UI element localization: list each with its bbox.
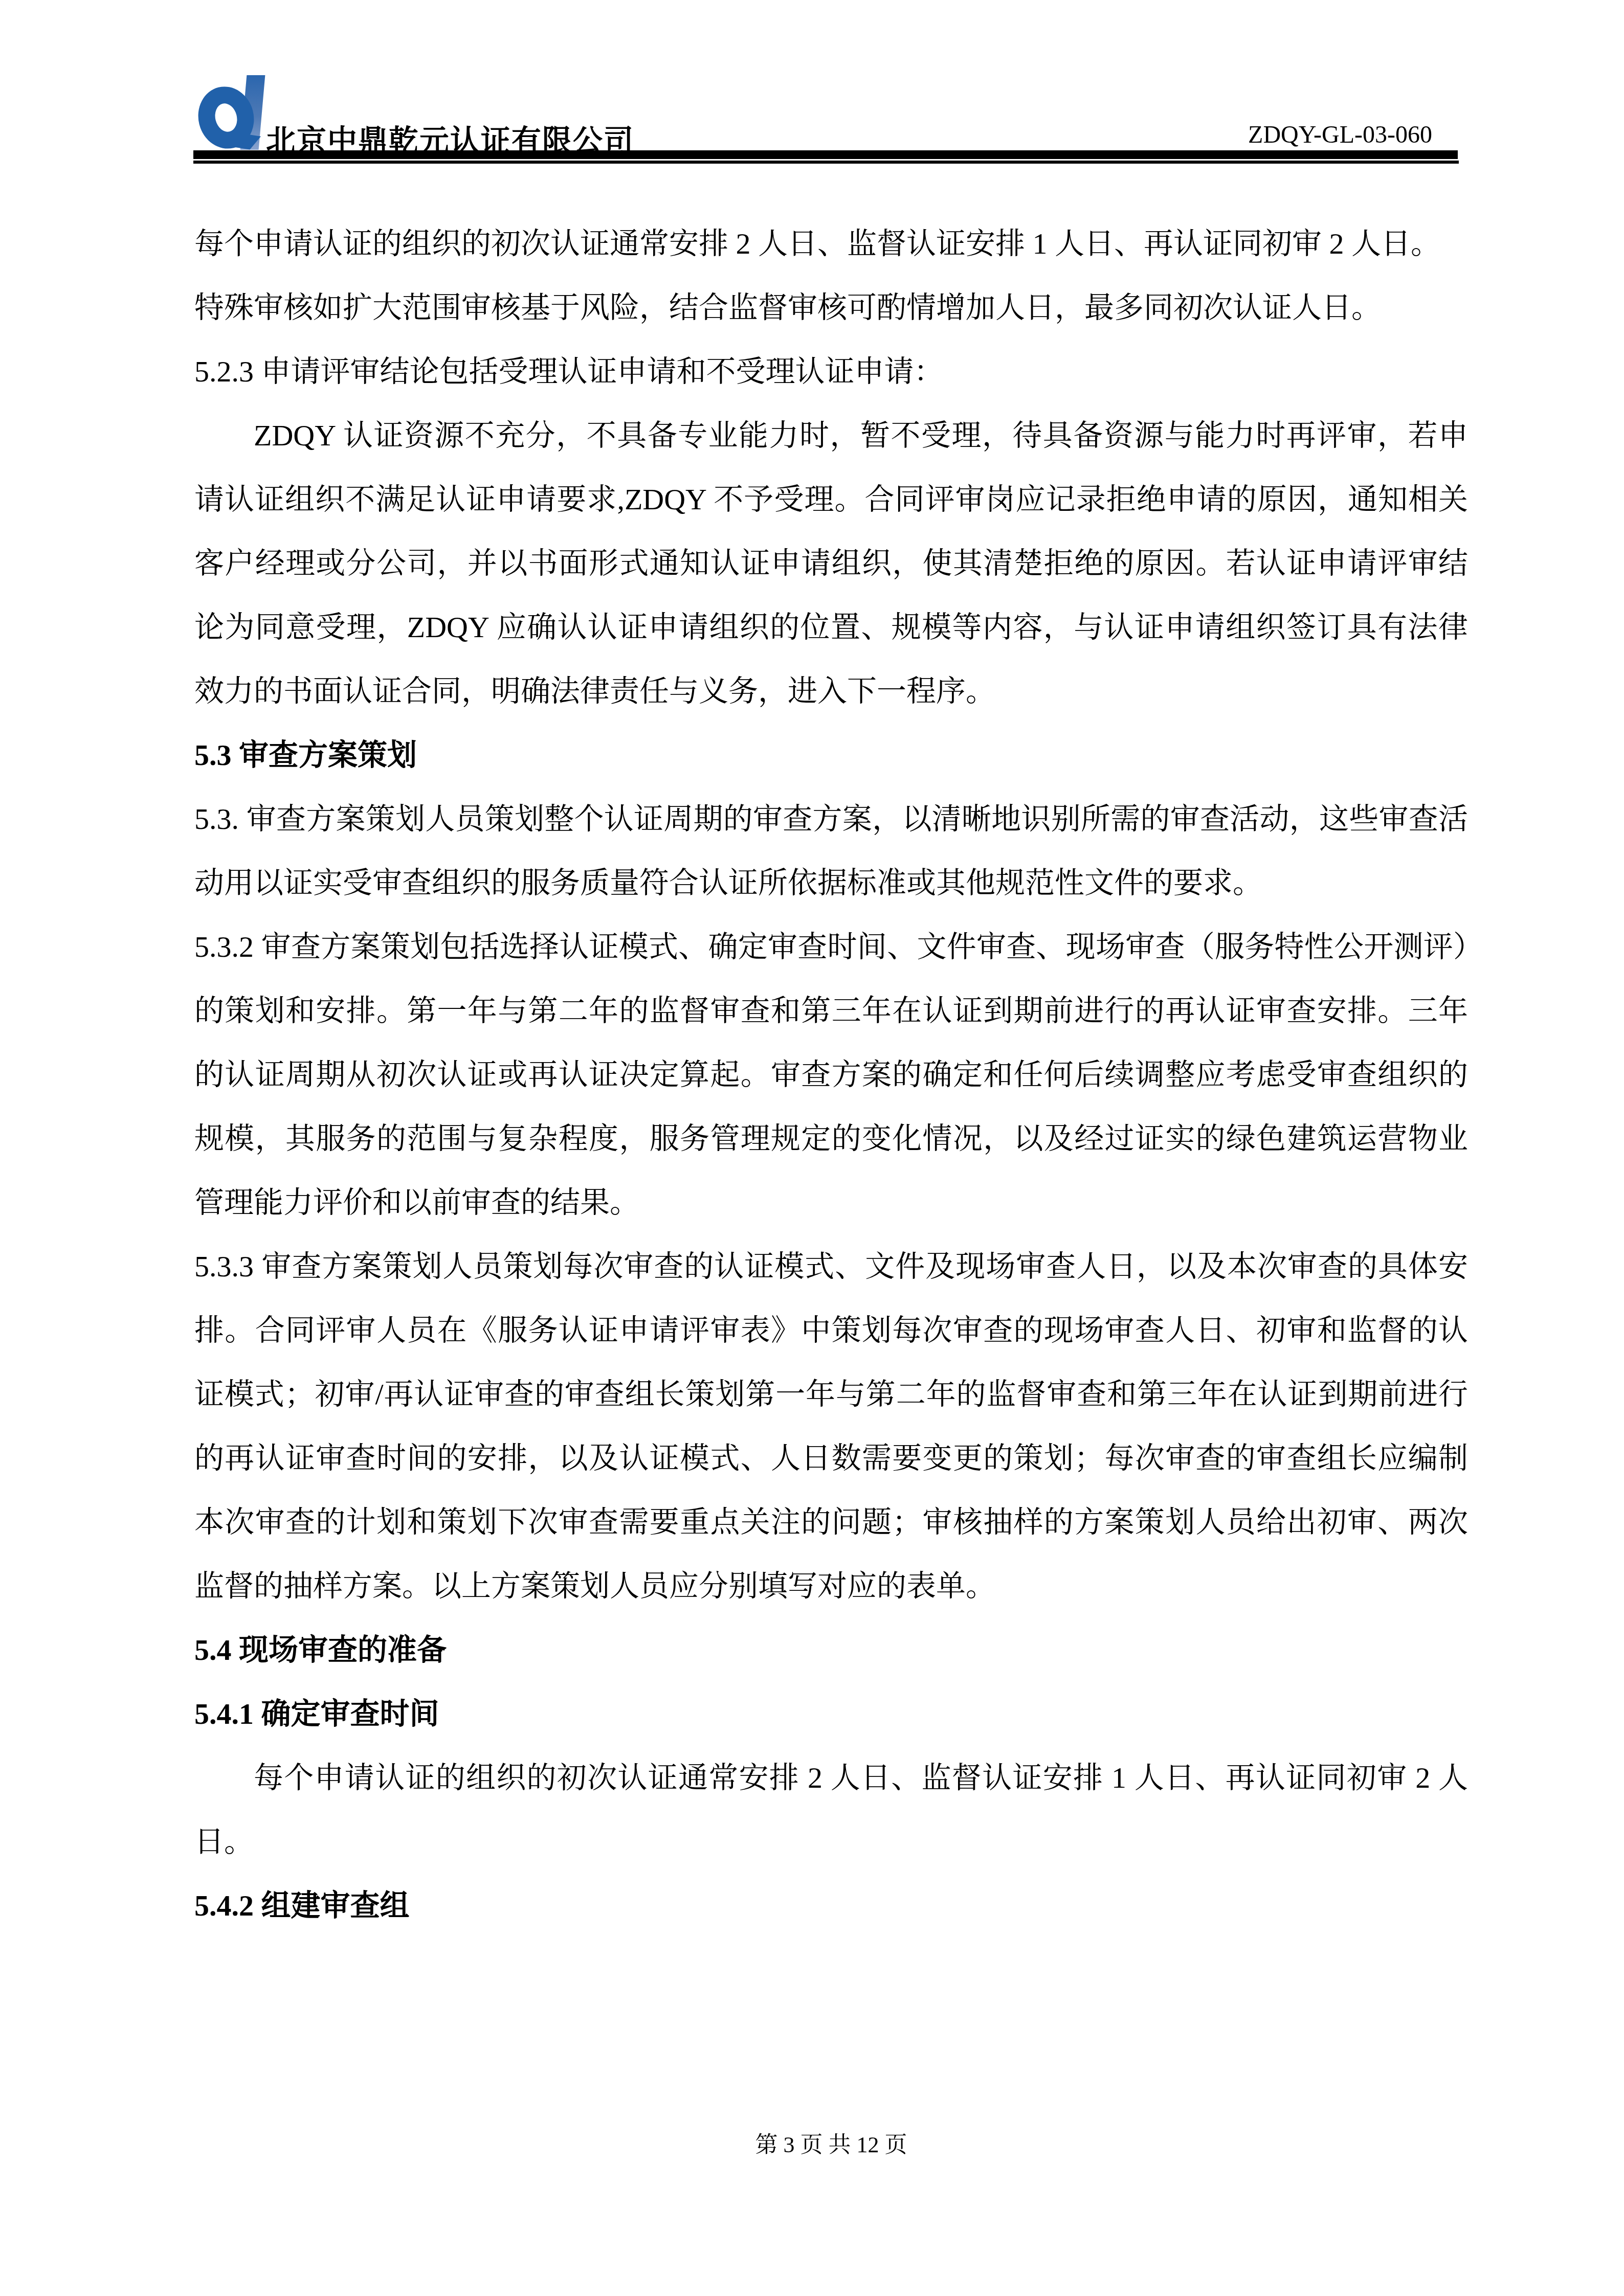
company-logo-icon	[198, 74, 265, 151]
paragraph: 每个申请认证的组织的初次认证通常安排 2 人日、监督认证安排 1 人日、再认证同…	[194, 212, 1468, 276]
document-number: ZDQY-GL-03-060	[1176, 121, 1432, 149]
section-heading: 5.3 审查方案策划	[194, 723, 1468, 787]
page-number: 第 3 页 共 12 页	[194, 2126, 1468, 2159]
paragraph: 5.3.3 审查方案策划人员策划每次审查的认证模式、文件及现场审查人日，以及本次…	[194, 1234, 1468, 1618]
paragraph: 5.3.2 审查方案策划包括选择认证模式、确定审查时间、文件审查、现场审查（服务…	[194, 915, 1468, 1234]
header-rule-thick	[193, 150, 1458, 159]
document-page: 北京中鼎乾元认证有限公司 ZDQY-GL-03-060 每个申请认证的组织的初次…	[0, 0, 1624, 2296]
section-heading: 5.4.2 组建审查组	[194, 1874, 1468, 1938]
section-heading: 5.4 现场审查的准备	[194, 1618, 1468, 1682]
header-rule-thin	[193, 161, 1459, 164]
paragraph: 5.2.3 申请评审结论包括受理认证申请和不受理认证申请：	[194, 340, 1468, 403]
page-header: 北京中鼎乾元认证有限公司 ZDQY-GL-03-060	[0, 0, 1624, 174]
paragraph: 每个申请认证的组织的初次认证通常安排 2 人日、监督认证安排 1 人日、再认证同…	[194, 1746, 1468, 1874]
document-body: 每个申请认证的组织的初次认证通常安排 2 人日、监督认证安排 1 人日、再认证同…	[194, 212, 1468, 1938]
paragraph: 特殊审核如扩大范围审核基于风险，结合监督审核可酌情增加人日，最多同初次认证人日。	[194, 276, 1468, 340]
section-heading: 5.4.1 确定审查时间	[194, 1682, 1468, 1746]
paragraph: ZDQY 认证资源不充分，不具备专业能力时，暂不受理，待具备资源与能力时再评审，…	[194, 403, 1468, 723]
paragraph: 5.3. 审查方案策划人员策划整个认证周期的审查方案，以清晰地识别所需的审查活动…	[194, 787, 1468, 915]
